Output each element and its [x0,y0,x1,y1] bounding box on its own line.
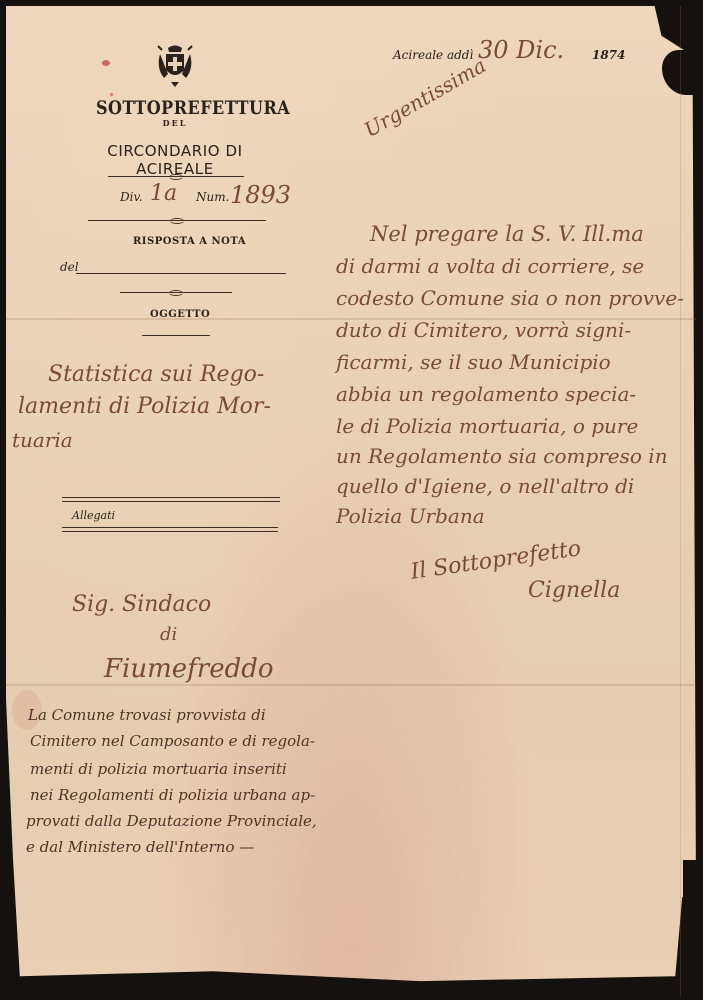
addressee-line: Fiumefreddo [104,654,274,684]
body-line: un Regolamento sia compreso in [336,444,668,468]
reply-note-line: nei Regolamenti di polizia urbana ap- [30,786,315,804]
reply-label: RISPOSTA A NOTA [133,236,246,247]
reply-date-label: del [60,260,79,274]
subject-underline [142,335,210,336]
date-day-month: 30 Dic. [478,36,564,64]
red-stain [110,93,113,96]
attachments-bottom-rule [62,527,278,532]
torn-edge [683,860,703,1000]
ornament-divider [88,220,266,221]
reply-note-line: e dal Ministero dell'Interno — [26,838,254,856]
body-line: quello d'Igiene, o nell'altro di [336,474,634,498]
body-line: le di Polizia mortuaria, o pure [336,414,638,438]
body-line: ficarmi, se il suo Municipio [336,350,611,374]
body-line: duto di Cimitero, vorrà signi- [336,318,631,342]
reply-date-field [76,273,286,274]
division-label: Div. [120,190,143,204]
fold-line [680,6,681,996]
body-line: codesto Comune sia o non provve- [336,286,684,310]
body-line: abbia un regolamento specia- [336,382,636,406]
subject-label: OGGETTO [150,309,210,320]
division-value: 1a [150,181,177,206]
signature-name: Cignella [528,578,620,603]
body-line: di darmi a volta di corriere, se [336,254,644,278]
reply-note-line: menti di polizia mortuaria inseriti [30,760,287,778]
red-stain [102,60,110,66]
office-connector: DEL [155,118,195,128]
reply-note-line: Cimitero nel Camposanto e di regola- [30,732,315,750]
body-line: Polizia Urbana [336,504,485,528]
subject-line: tuaria [12,428,73,452]
subject-line: Statistica sui Rego- [48,362,264,387]
number-value: 1893 [230,181,291,209]
date-year: 1874 [592,48,625,62]
ornament-divider [108,176,244,177]
addressee-line: Sig. Sindaco [72,592,211,617]
fold-line [6,684,696,686]
district-title: CIRCONDARIO DI ACIREALE [66,142,284,178]
reply-note-line: La Comune trovasi provvista di [28,706,266,724]
number-label: Num. [196,190,229,204]
addressee-line: di [160,624,177,645]
ornament-divider [120,292,232,293]
body-line: Nel pregare la S. V. Ill.ma [370,222,644,246]
office-title: SOTTOPREFETTURA [96,97,256,119]
reply-note-line: provati dalla Deputazione Provinciale, [26,812,317,830]
date-place-label: Acireale addì [393,48,473,62]
attachments-label: Allegati [72,509,115,522]
subject-line: lamenti di Polizia Mor- [18,394,271,419]
attachments-top-rule [62,497,280,502]
savoy-crest-icon [154,44,196,88]
